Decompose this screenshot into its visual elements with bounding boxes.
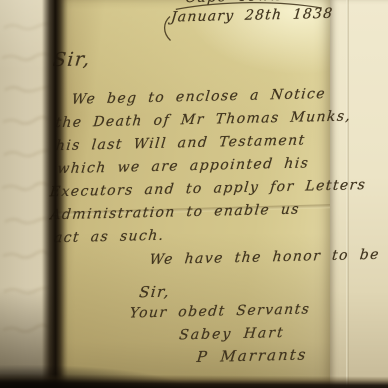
letter-body-line: We beg to enclose a Notice [71, 86, 327, 108]
pen-flourish [146, 0, 327, 43]
letter-closing-line: Your obedt Servants [129, 301, 311, 321]
photo-of-letter: Cape Town January 28th 1838 Sir, We beg … [0, 0, 388, 388]
letter-closing-line: Sir, [138, 283, 171, 302]
letter-body-line: which we are appointed his [57, 155, 310, 177]
letter-signature: P Marrants [196, 345, 309, 366]
letter-body-line: the Death of Mr Thomas Munks, [55, 108, 353, 131]
letter-body-line: Administration to enable us [50, 202, 301, 224]
book-edge-shadow [0, 374, 388, 388]
letter-body-line: Executors and to apply for Letters [49, 177, 367, 200]
letter-body-line: act as such. [53, 228, 165, 247]
binding-gutter-shadow [42, 0, 68, 388]
letter-closing-line: We have the honor to be [149, 247, 381, 268]
letter-signature: Sabey Hart [178, 325, 285, 343]
letter-body-line: his last Will and Testament [55, 132, 306, 154]
